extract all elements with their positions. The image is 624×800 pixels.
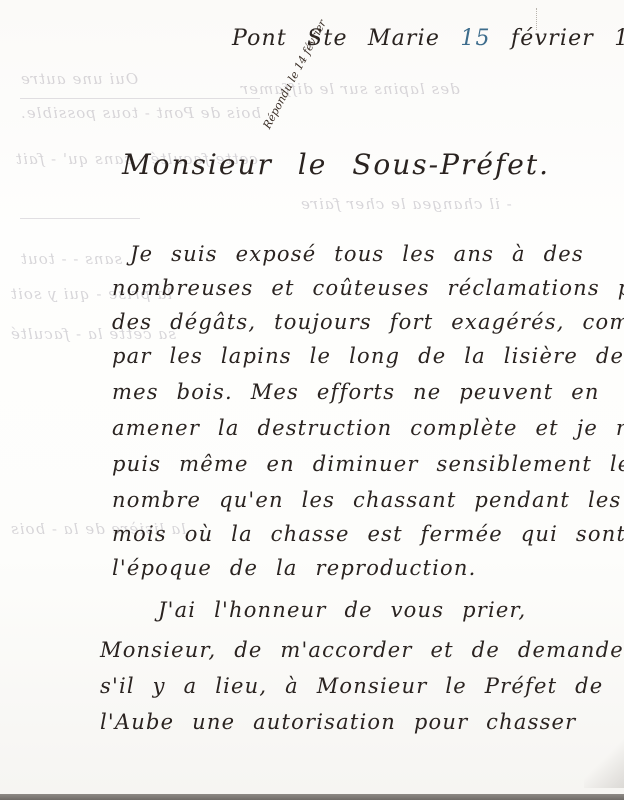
- bleed-text: - il changea le cher faire: [300, 195, 512, 213]
- bleed-text: sans - - tout: [20, 250, 122, 268]
- letter-line: Je suis exposé tous les ans à des: [130, 242, 584, 266]
- bleed-text: des lapins sur le diffamer: [240, 80, 460, 98]
- letter-line: nombre qu'en les chassant pendant les: [112, 488, 621, 512]
- dateline-day: 15: [460, 26, 490, 51]
- letter-line: l'époque de la reproduction.: [112, 556, 476, 580]
- bleed-rule: [20, 98, 260, 99]
- page-bottom-edge: [0, 794, 624, 800]
- letter-line: J'ai l'honneur de vous prier,: [158, 598, 526, 622]
- salutation: Monsieur le Sous-Préfet.: [122, 148, 550, 181]
- letter-line: nombreuses et coûteuses réclamations pou…: [112, 276, 624, 300]
- letter-line: par les lapins le long de la lisière de: [112, 344, 624, 368]
- dateline: Pont Ste Marie 15 février 1852.: [232, 26, 624, 51]
- letter-line: mois où la chasse est fermée qui sont: [112, 522, 624, 546]
- letter-line: Monsieur, de m'accorder et de demander: [100, 638, 624, 662]
- bleed-text: bois de Pont - tous possible.: [20, 104, 261, 122]
- letter-line: l'Aube une autorisation pour chasser: [100, 710, 576, 734]
- bleed-rule: [20, 218, 140, 219]
- page-corner-shadow: [584, 728, 624, 788]
- letter-line: des dégâts, toujours fort exagérés, comm…: [112, 310, 624, 334]
- dateline-month-year: février 1852.: [511, 26, 624, 51]
- letter-line: amener la destruction complète et je ne: [112, 416, 624, 440]
- dateline-place: Pont Ste Marie: [232, 26, 440, 51]
- letter-line: puis même en diminuer sensiblement le: [112, 452, 624, 476]
- letter-line: s'il y a lieu, à Monsieur le Préfet de: [100, 674, 603, 698]
- letter-line: mes bois. Mes efforts ne peuvent en: [112, 380, 600, 404]
- bleed-text: Oui une autre: [20, 70, 138, 88]
- letter-page: Oui une autre des lapins sur le diffamer…: [0, 0, 624, 794]
